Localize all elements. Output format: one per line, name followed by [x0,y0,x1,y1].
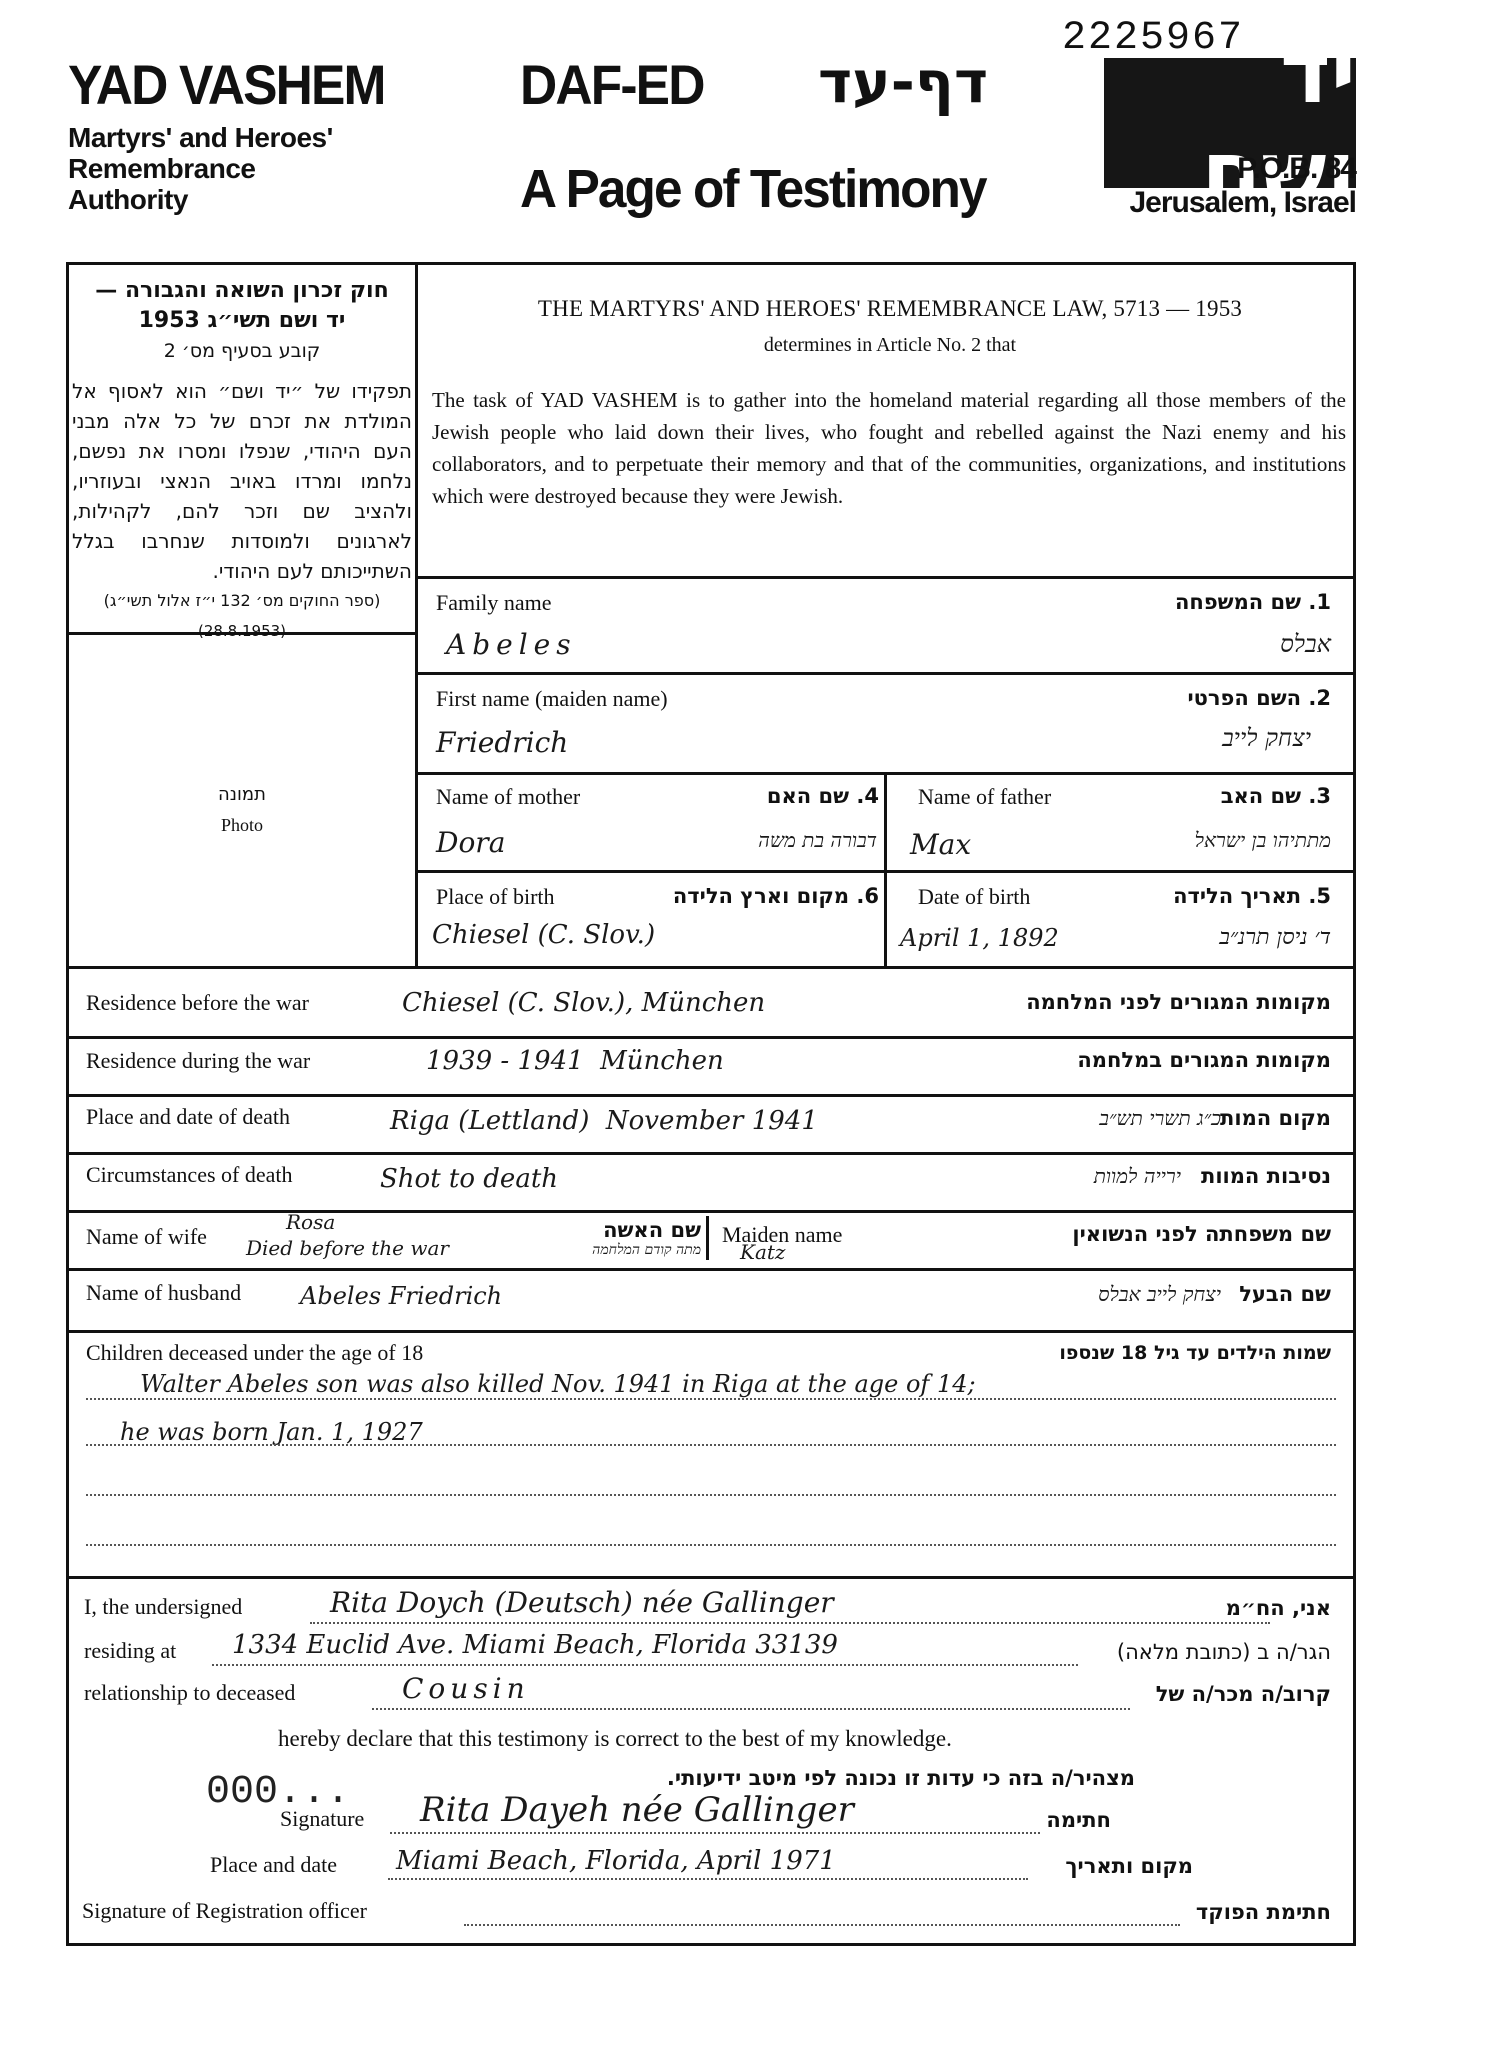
birth-date-value-he[interactable]: ד׳ ניסן תרנ״ב [1219,924,1331,950]
death-circumstances-value-he[interactable]: ירייה למוות [1094,1164,1181,1189]
org-subtitle-line: Authority [68,184,333,215]
residence-before-label: Residence before the war [86,990,309,1016]
residence-before-value[interactable]: Chiesel (C. Slov.), München [402,988,765,1018]
relationship-label-he: קרוב/ה מכר/ה של [1156,1682,1331,1706]
death-circumstances-value[interactable]: Shot to death [380,1164,558,1194]
mother-value-he[interactable]: דבורה בת משה [758,828,877,853]
family-name-value-he[interactable]: אבלס [1280,630,1331,659]
officer-label: Signature of Registration officer [82,1898,367,1924]
undersigned-label: I, the undersigned [84,1594,242,1620]
address-city: Jerusalem, Israel [1090,186,1356,220]
divider [66,1268,1356,1271]
dotted-line [86,1494,1336,1496]
husband-value[interactable]: Abeles Friedrich [300,1282,502,1310]
divider [66,1036,1356,1039]
law-he-body: תפקידו של ״יד ושם״ הוא לאסוף אל המולדת א… [72,376,412,586]
dotted-line [86,1398,1336,1400]
father-value-he[interactable]: מתתיהו בן ישראל [1195,828,1331,853]
maiden-name-label-he: שם משפחתה לפני הנשואין [1072,1222,1331,1246]
undersigned-value[interactable]: Rita Doych (Deutsch) née Gallinger [330,1586,834,1619]
children-line[interactable]: Walter Abeles son was also killed Nov. 1… [140,1370,976,1398]
place-date-label-he: מקום ותאריך [1065,1854,1193,1878]
law-he-title-2: יד ושם תשי״ג 1953 [72,306,412,336]
death-place-date-label: Place and date of death [86,1104,290,1130]
law-title: THE MARTYRS' AND HEROES' REMEMBRANCE LAW… [430,296,1350,322]
address-pob: P.O.B. 84 [1104,152,1356,186]
death-place-value-he[interactable]: כ״ג תשרי תש״ב [1099,1106,1221,1131]
law-he-title-1: חוק זכרון השואה והגבורה — [72,276,412,306]
dotted-line [310,1622,1270,1624]
birth-date-value[interactable]: April 1, 1892 [900,924,1059,952]
divider [66,966,1356,969]
first-name-label: First name (maiden name) [436,686,668,712]
residing-label: residing at [84,1638,176,1664]
family-name-value[interactable]: Abeles [446,628,577,661]
undersigned-label-he: אני, הח״מ [1226,1596,1331,1620]
birth-date-label: Date of birth [918,884,1030,910]
residing-value[interactable]: 1334 Euclid Ave. Miami Beach, Florida 33… [232,1630,838,1660]
wife-value[interactable]: Rosa [286,1210,335,1234]
father-value[interactable]: Max [910,828,971,861]
father-label-he: 3. שם האב [1221,784,1331,808]
family-name-label-he: 1. שם המשפחה [1175,590,1331,614]
first-name-value[interactable]: Friedrich [436,726,568,759]
residence-during-label: Residence during the war [86,1048,310,1074]
death-circumstances-label-he: נסיבות המוות [1201,1164,1331,1188]
husband-value-he[interactable]: יצחק לייב אבלס [1098,1282,1221,1307]
divider [66,1330,1356,1333]
wife-note-he[interactable]: מתה קודם המלחמה [592,1242,701,1259]
residing-label-he: הגר/ה ב (כתובת מלאה) [1117,1640,1331,1664]
maiden-name-value[interactable]: Katz [740,1240,785,1264]
photo-label-he: תמונה [72,780,412,810]
law-body: The task of YAD VASHEM is to gather into… [432,384,1346,512]
officer-label-he: חתימת הפוקד [1196,1900,1331,1924]
org-name: YAD VASHEM [68,52,385,117]
place-date-label: Place and date [210,1852,337,1878]
mother-value[interactable]: Dora [436,826,505,859]
family-name-label: Family name [436,590,551,616]
first-name-value-he[interactable]: יצחק לייב [1222,724,1311,753]
dotted-line [86,1444,1336,1446]
birth-place-label-he: 6. מקום וארץ הלידה [673,884,879,908]
wife-label: Name of wife [86,1224,207,1250]
death-place-date-value[interactable]: Riga (Lettland) November 1941 [390,1106,818,1136]
page-title: A Page of Testimony [520,158,986,220]
first-name-label-he: 2. השם הפרטי [1187,686,1331,710]
divider [884,772,887,967]
law-he-date: (28.8.1953) [72,616,412,646]
declaration-statement-he: מצהיר/ה בזה כי עדות זו נכונה לפי מיטב יד… [667,1766,1135,1790]
birth-place-label: Place of birth [436,884,555,910]
death-place-label-he: מקום המות [1220,1106,1331,1130]
law-box-hebrew: חוק זכרון השואה והגבורה — יד ושם תשי״ג 1… [72,276,412,646]
form-code-en: DAF-ED [520,52,704,117]
children-label-he: שמות הילדים עד גיל 18 שנספו [1059,1342,1331,1364]
husband-label: Name of husband [86,1280,241,1306]
divider [66,1576,1356,1579]
birth-place-value[interactable]: Chiesel (C. Slov.) [432,920,655,950]
divider [66,1094,1356,1097]
mother-label: Name of mother [436,784,580,810]
signature-label-he: חתימה [1046,1808,1111,1832]
relationship-label: relationship to deceased [84,1680,295,1706]
divider [415,672,1356,675]
divider [706,1216,709,1260]
dotted-line [388,1878,1028,1880]
dotted-line [86,1544,1336,1546]
signature-value[interactable]: Rita Dayeh née Gallinger [420,1790,854,1830]
relationship-value[interactable]: Cousin [402,1672,530,1705]
org-subtitle-line: Martyrs' and Heroes' [68,122,333,153]
wife-label-he: שם האשה [603,1218,701,1242]
residence-before-label-he: מקומות המגורים לפני המלחמה [1026,990,1331,1014]
divider [66,1210,1356,1213]
declaration-statement: hereby declare that this testimony is co… [278,1726,952,1752]
divider [66,1152,1356,1155]
residence-during-value[interactable]: 1939 - 1941 München [426,1046,724,1076]
dotted-line [372,1708,1130,1710]
father-label: Name of father [918,784,1051,810]
death-circumstances-label: Circumstances of death [86,1162,293,1188]
children-label: Children deceased under the age of 18 [86,1340,423,1366]
wife-note[interactable]: Died before the war [246,1236,449,1260]
org-subtitle-line: Remembrance [68,153,333,184]
place-date-value[interactable]: Miami Beach, Florida, April 1971 [396,1846,836,1876]
children-line[interactable]: he was born Jan. 1, 1927 [120,1418,423,1446]
dotted-line [390,1832,1040,1834]
photo-placeholder[interactable]: תמונה Photo [72,780,412,840]
residence-during-label-he: מקומות המגורים במלחמה [1077,1048,1331,1072]
birth-date-label-he: 5. תאריך הלידה [1173,884,1331,908]
photo-label-en: Photo [72,810,412,840]
mother-label-he: 4. שם האם [767,784,879,808]
officer-signature-line[interactable] [464,1924,1180,1926]
dotted-line [212,1664,1078,1666]
signature-label: Signature [280,1806,364,1832]
org-subtitle: Martyrs' and Heroes' Remembrance Authori… [68,122,333,215]
law-he-title-3: קובע בסעיף מס׳ 2 [72,336,412,366]
husband-label-he: שם הבעל [1239,1282,1331,1306]
form-code-he: דף-עד [818,48,988,116]
law-subtitle: determines in Article No. 2 that [430,334,1350,357]
divider [415,262,418,967]
law-he-citation: (ספר החוקים מס׳ 132 י״ז אלול תשי״ג) [72,586,412,616]
divider [415,576,1356,579]
